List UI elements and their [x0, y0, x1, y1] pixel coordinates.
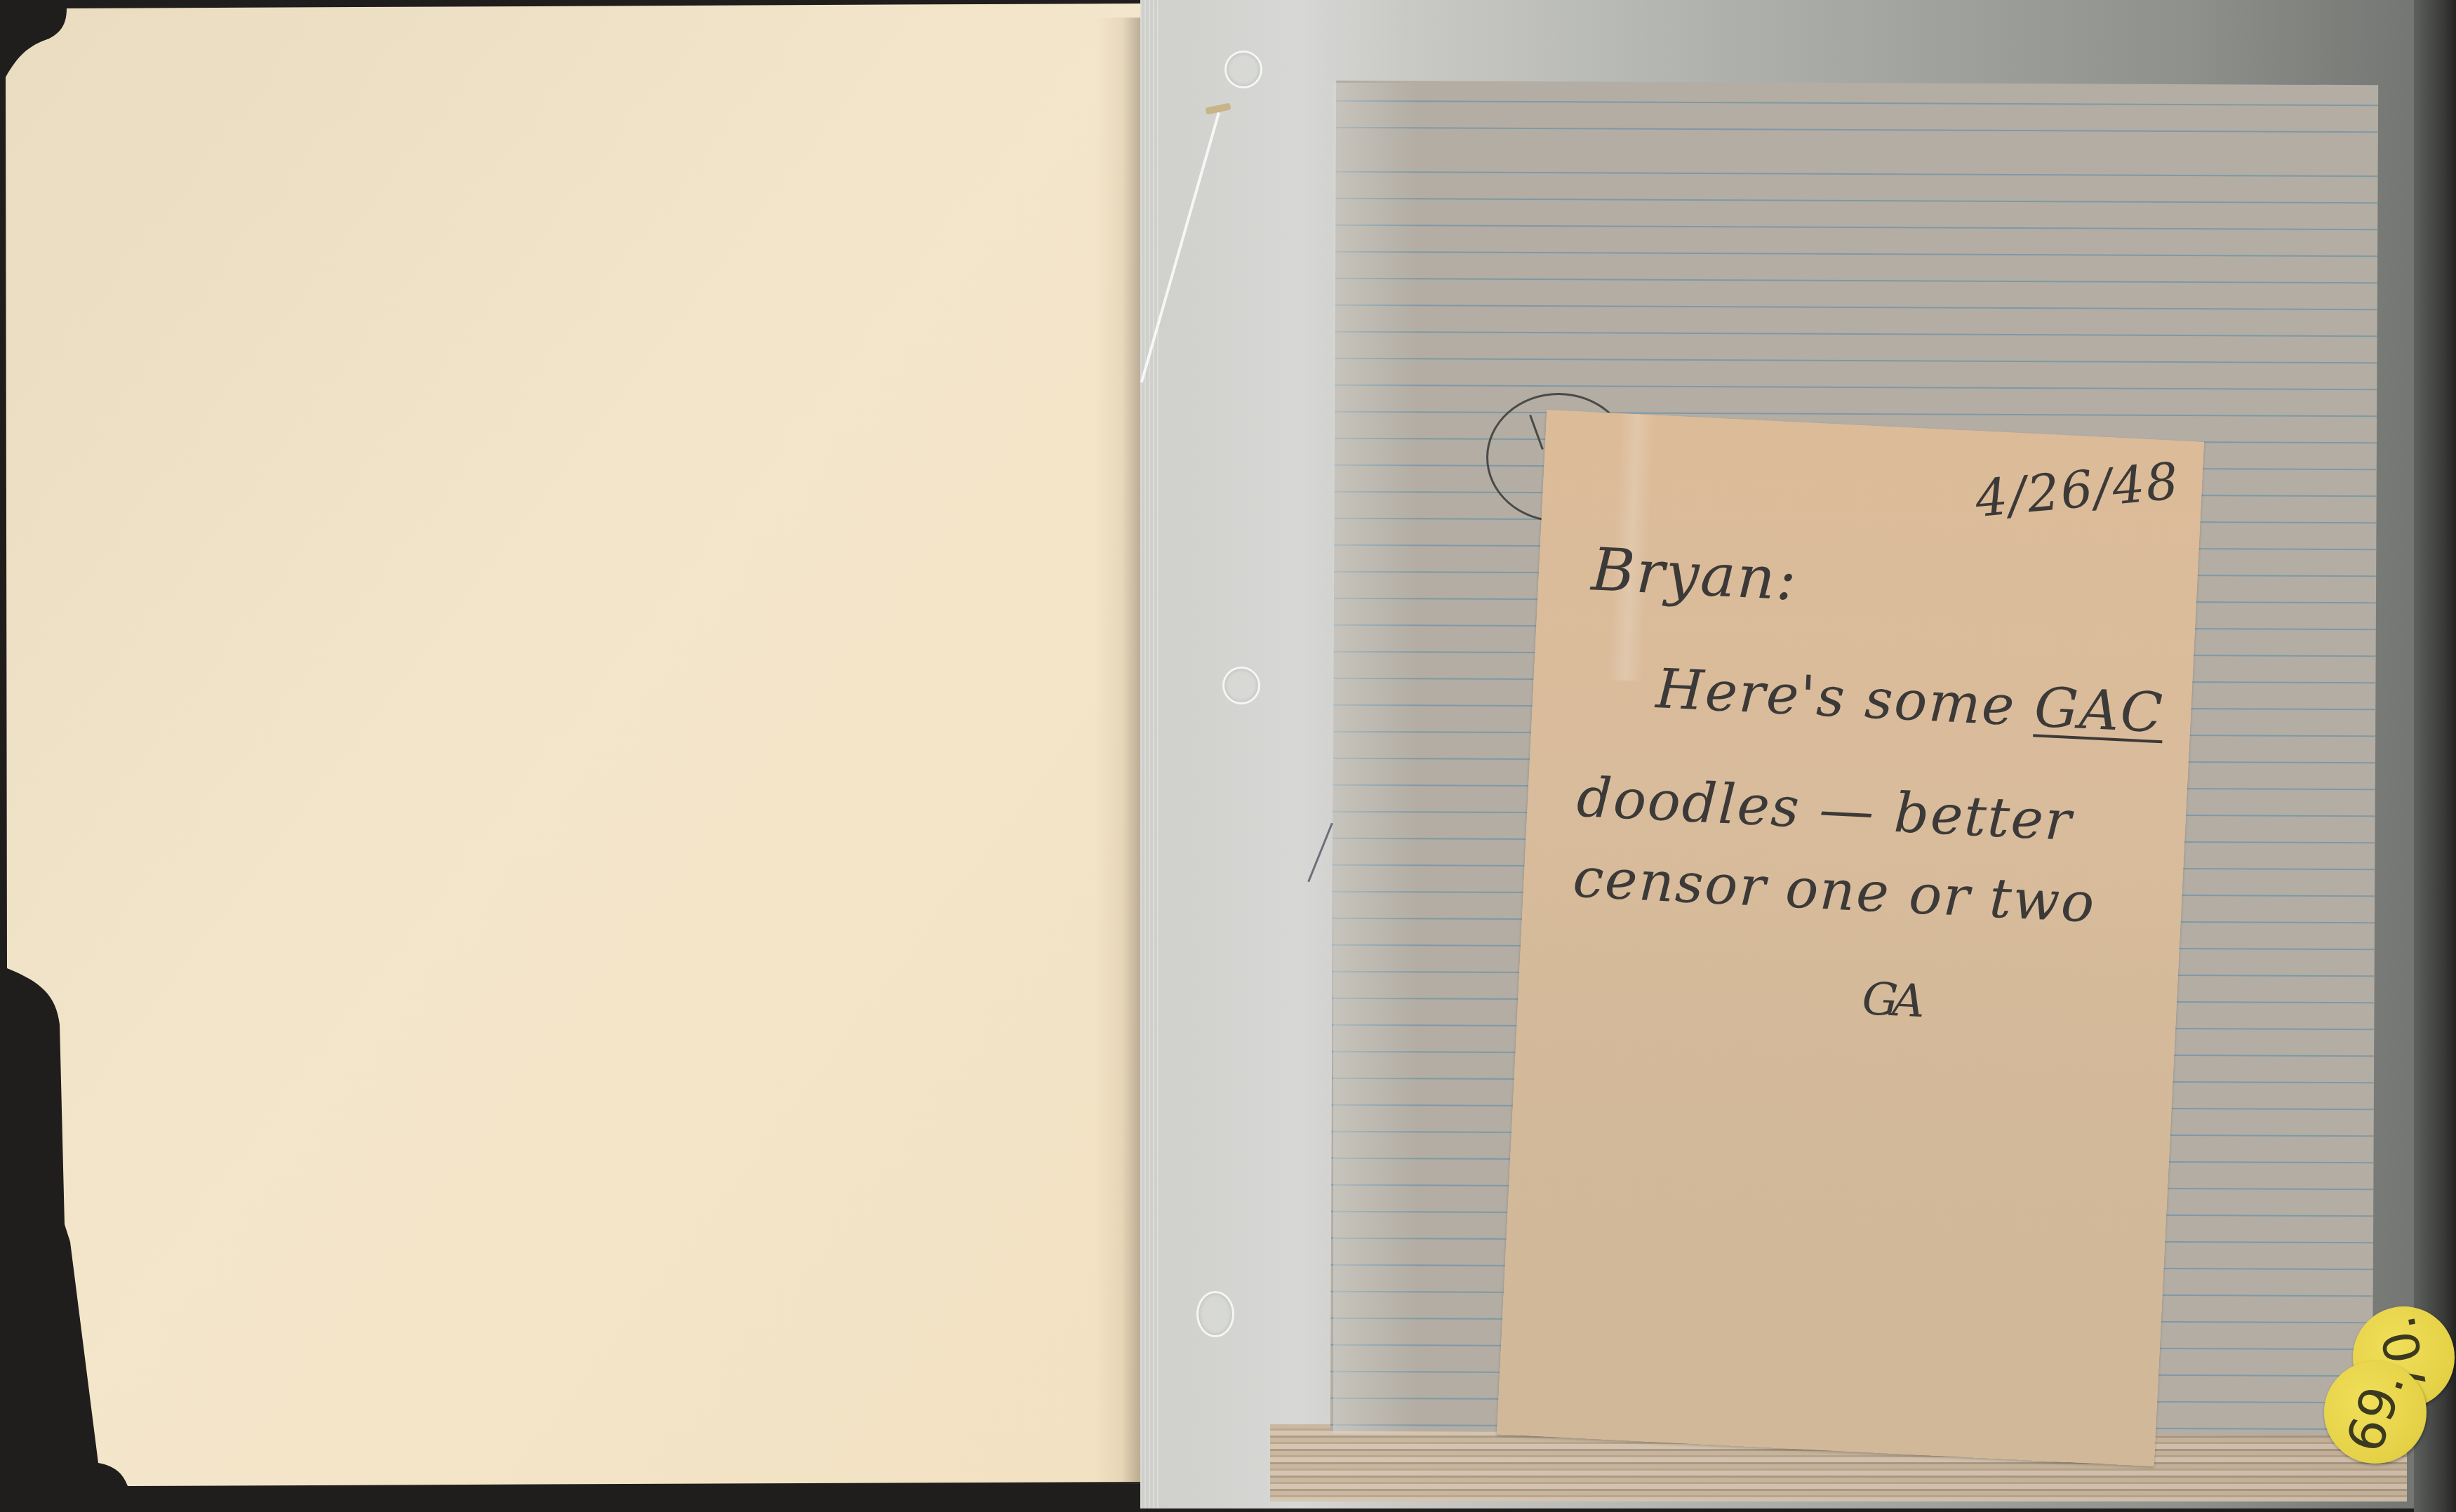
sleeve-overlap-glare	[1333, 83, 1417, 1433]
sleeve-right-edge	[2414, 0, 2456, 1512]
handwritten-note-card: 4/26/48 Bryan: Here's some GAC doodles —…	[1497, 410, 2204, 1466]
number-sticker-69: 69.	[2324, 1361, 2427, 1464]
folder-paper	[6, 4, 1140, 1486]
note-salutation: Bryan:	[1590, 535, 1799, 613]
sticker-number: 69.	[2331, 1354, 2419, 1470]
punch-hole-icon	[1224, 51, 1262, 88]
folder-shape	[0, 0, 1140, 1512]
note-body-line-1-text: Here's some	[1655, 657, 2036, 739]
punch-hole-icon	[1222, 667, 1260, 704]
note-body-line-2: doodles — better	[1575, 766, 2074, 853]
note-signature: GA	[1861, 973, 1921, 1028]
note-body-line-1: Here's some GAC	[1655, 657, 2165, 745]
folder-left-page	[0, 0, 1140, 1512]
note-body-line-3: censor one or two	[1572, 847, 2097, 935]
punch-hole-icon	[1196, 1291, 1234, 1337]
folder-fold-shadow	[1095, 18, 1140, 1484]
sleeve-left-edge	[1140, 0, 1161, 1508]
note-underlined-word: GAC	[2033, 676, 2165, 745]
note-date: 4/26/48	[1973, 451, 2182, 528]
